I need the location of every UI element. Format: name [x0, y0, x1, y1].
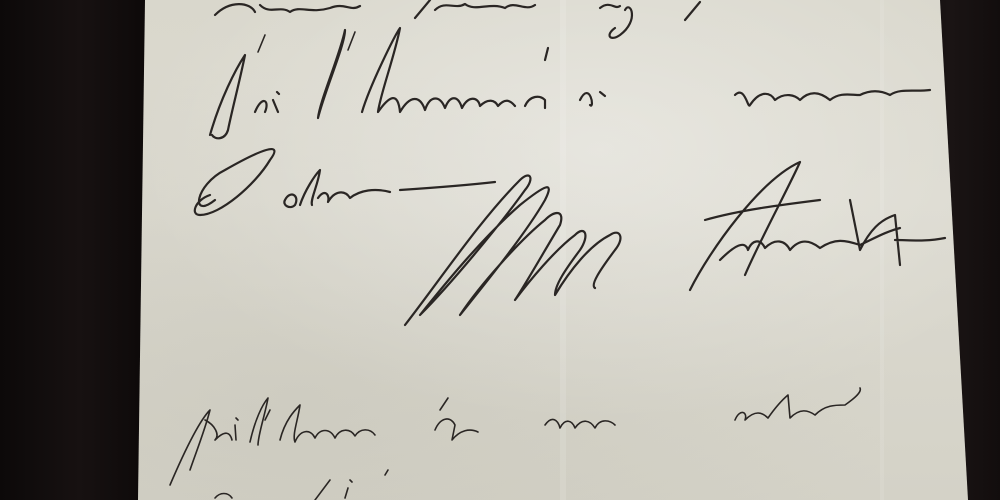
photo-scene: … (partially cropped top line) J'ai l'ho… — [0, 0, 1000, 500]
handwriting-ink — [0, 0, 1000, 500]
